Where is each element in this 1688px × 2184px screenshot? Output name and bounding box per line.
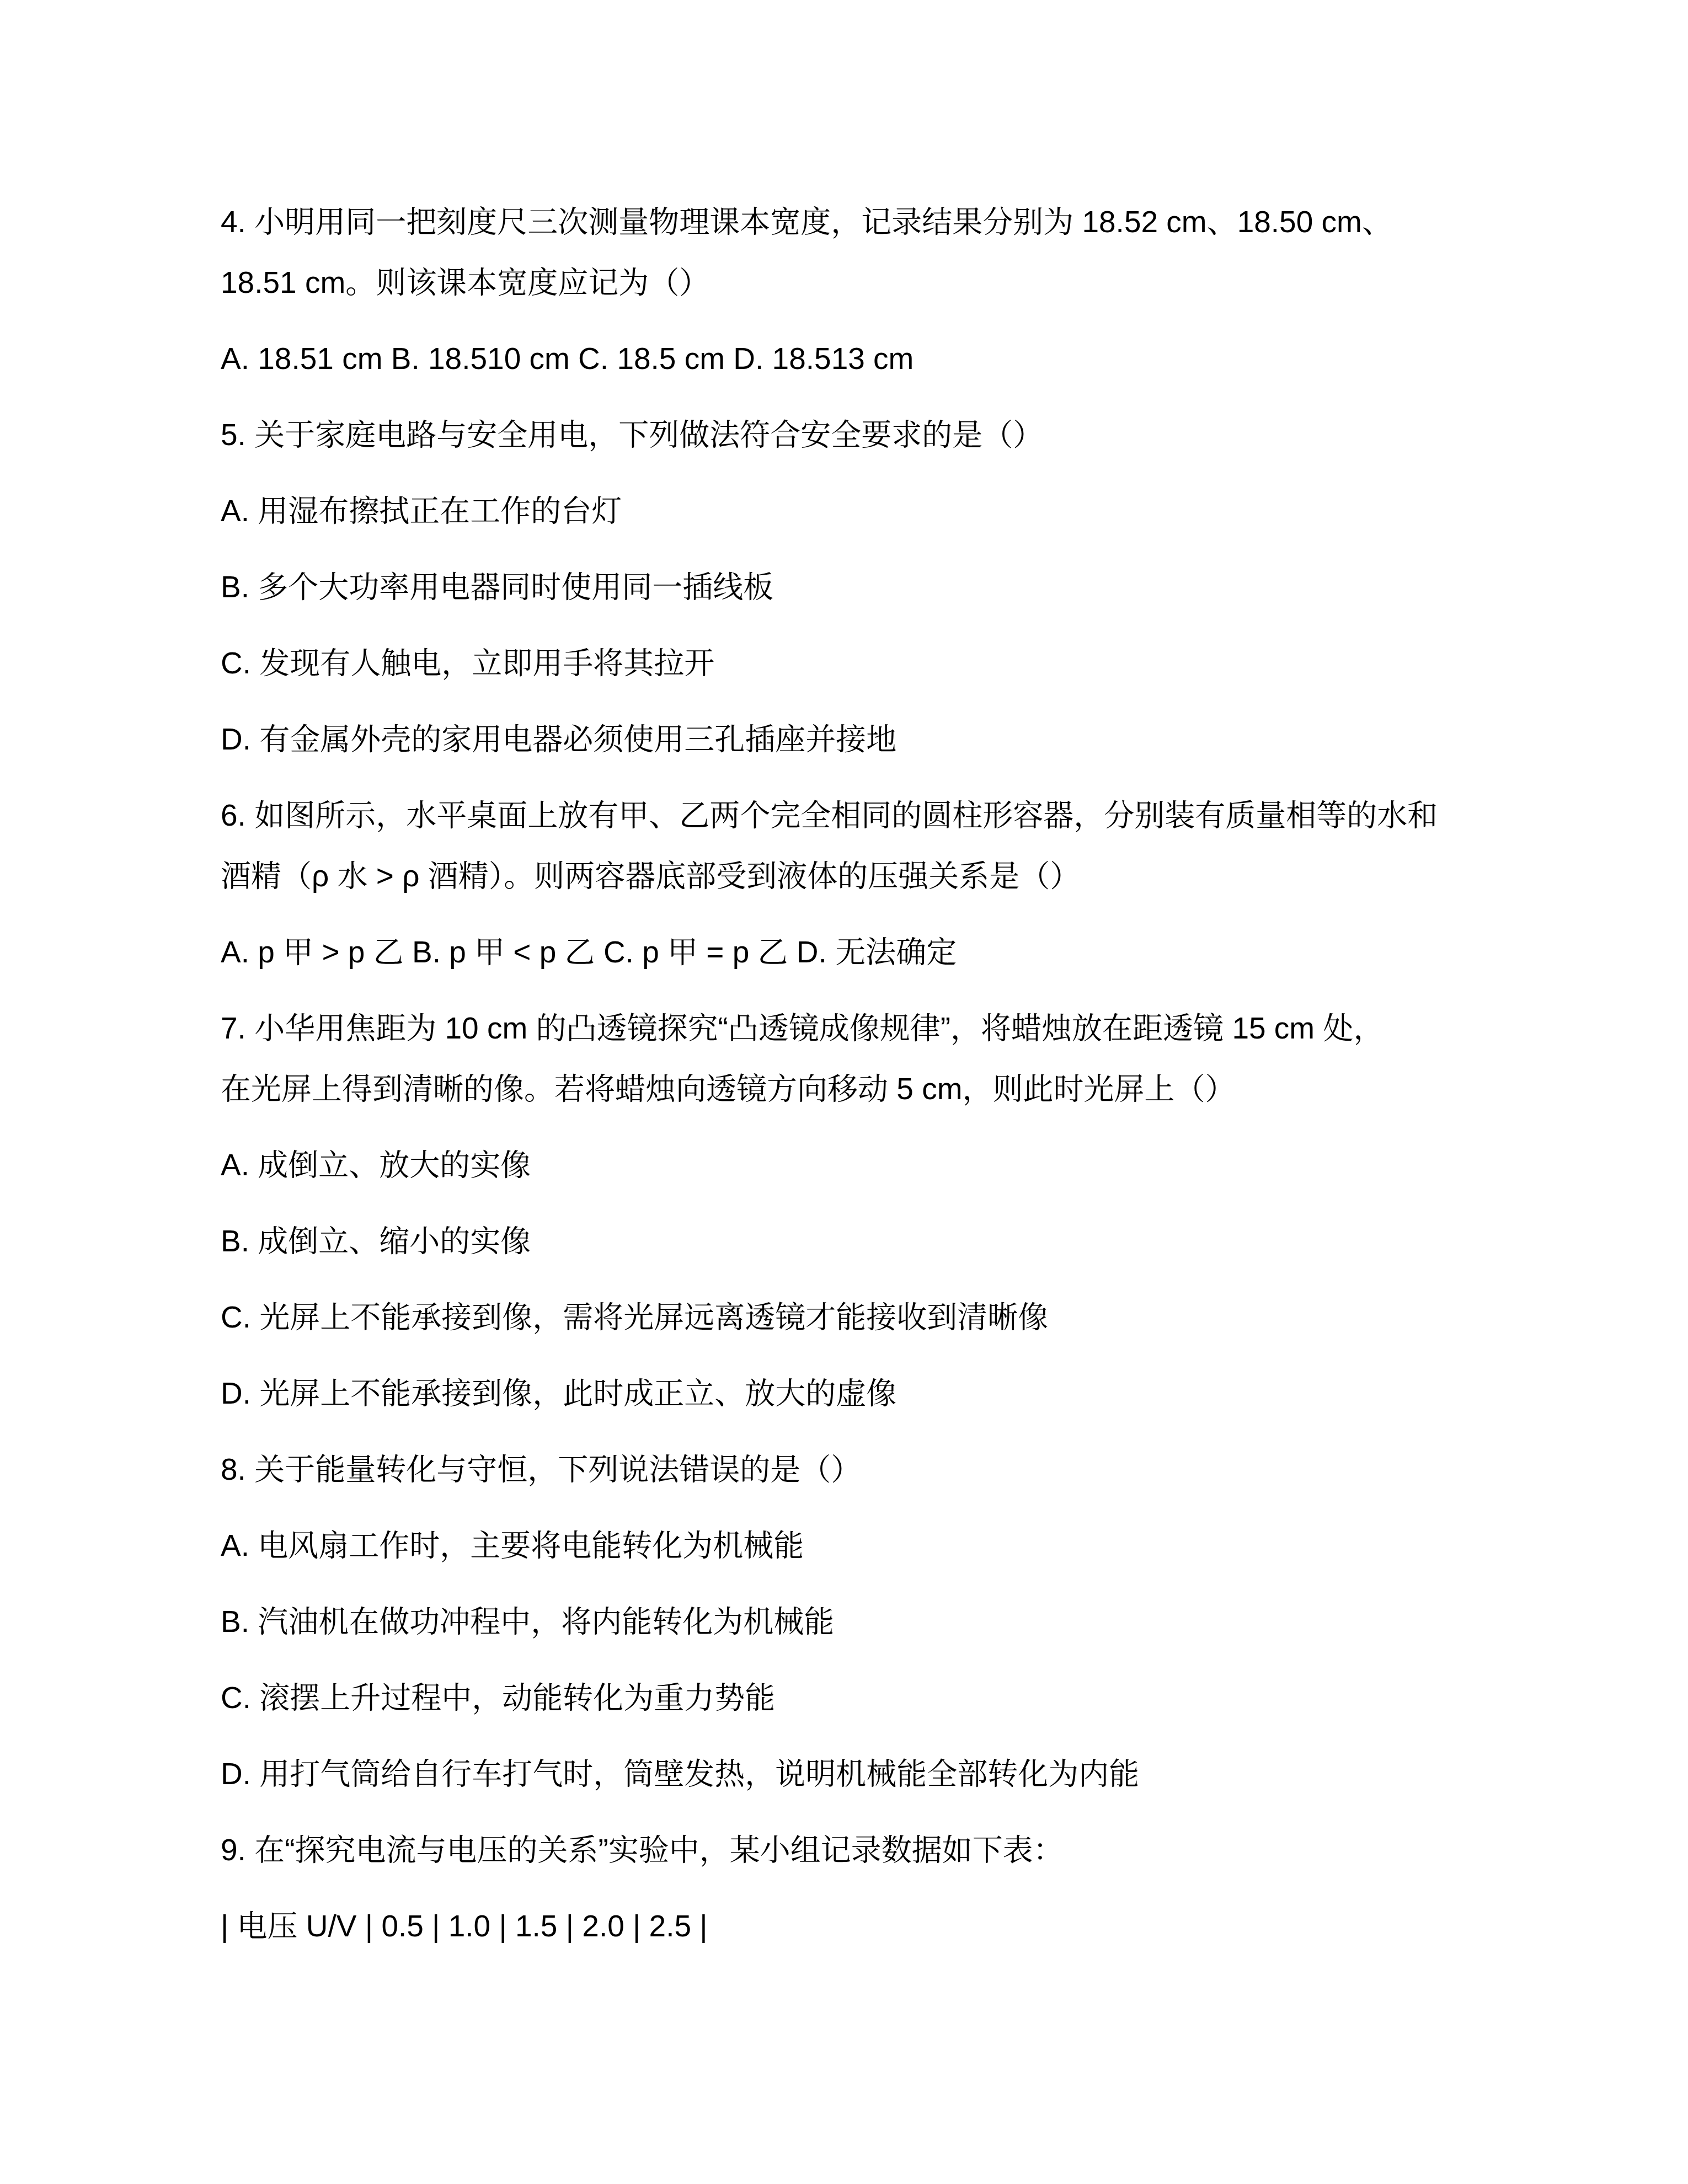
question-8-option-b: B. 汽油机在做功冲程中，将内能转化为机械能 [221,1591,1556,1652]
question-8-option-c: C. 滚摆上升过程中，动能转化为重力势能 [221,1667,1556,1728]
question-6-stem: 6. 如图所示，水平桌面上放有甲、乙两个完全相同的圆柱形容器，分别装有质量相等的… [221,785,1556,906]
question-7-option-c-line: C. 光屏上不能承接到像，需将光屏远离透镜才能接收到清晰像 [221,1287,1556,1347]
question-6-options-line: A. p 甲 > p 乙 B. p 甲 < p 乙 C. p 甲 = p 乙 D… [221,922,1556,982]
question-8-option-d-line: D. 用打气筒给自行车打气时，筒壁发热，说明机械能全部转化为内能 [221,1743,1556,1804]
question-8-option-d: D. 用打气筒给自行车打气时，筒壁发热，说明机械能全部转化为内能 [221,1743,1556,1804]
question-7-option-d: D. 光屏上不能承接到像，此时成正立、放大的虚像 [221,1363,1556,1423]
question-7-option-b-line: B. 成倒立、缩小的实像 [221,1211,1556,1271]
question-7-stem-line-2: 在光屏上得到清晰的像。若将蜡烛向透镜方向移动 5 cm，则此时光屏上（） [221,1058,1556,1119]
question-7-option-a-line: A. 成倒立、放大的实像 [221,1134,1556,1195]
question-8-stem: 8. 关于能量转化与守恒，下列说法错误的是（） [221,1439,1556,1500]
question-4-options: A. 18.51 cm B. 18.510 cm C. 18.5 cm D. 1… [221,328,1556,389]
question-5-option-b: B. 多个大功率用电器同时使用同一插线板 [221,556,1556,617]
question-7-option-a: A. 成倒立、放大的实像 [221,1134,1556,1195]
question-7-option-c: C. 光屏上不能承接到像，需将光屏远离透镜才能接收到清晰像 [221,1287,1556,1347]
question-5-option-d-line: D. 有金属外壳的家用电器必须使用三孔插座并接地 [221,709,1556,769]
question-6-stem-line-2: 酒精（ρ 水 > ρ 酒精）。则两容器底部受到液体的压强关系是（） [221,845,1556,906]
question-6-options: A. p 甲 > p 乙 B. p 甲 < p 乙 C. p 甲 = p 乙 D… [221,922,1556,982]
question-7-option-d-line: D. 光屏上不能承接到像，此时成正立、放大的虚像 [221,1363,1556,1423]
question-4-stem-line-1: 4. 小明用同一把刻度尺三次测量物理课本宽度，记录结果分别为 18.52 cm、… [221,191,1556,252]
question-5-stem-line-1: 5. 关于家庭电路与安全用电，下列做法符合安全要求的是（） [221,404,1556,465]
question-8-option-a: A. 电风扇工作时，主要将电能转化为机械能 [221,1515,1556,1576]
question-6-stem-line-1: 6. 如图所示，水平桌面上放有甲、乙两个完全相同的圆柱形容器，分别装有质量相等的… [221,785,1556,845]
question-4-options-line: A. 18.51 cm B. 18.510 cm C. 18.5 cm D. 1… [221,328,1556,389]
question-5-option-a: A. 用湿布擦拭正在工作的台灯 [221,480,1556,541]
question-8-stem-line-1: 8. 关于能量转化与守恒，下列说法错误的是（） [221,1439,1556,1500]
question-5-option-c: C. 发现有人触电，立即用手将其拉开 [221,633,1556,693]
question-8-option-c-line: C. 滚摆上升过程中，动能转化为重力势能 [221,1667,1556,1728]
question-9-table-row-line: | 电压 U/V | 0.5 | 1.0 | 1.5 | 2.0 | 2.5 | [221,1896,1556,1956]
question-8-option-b-line: B. 汽油机在做功冲程中，将内能转化为机械能 [221,1591,1556,1652]
question-4-stem-line-2: 18.51 cm。则该课本宽度应记为（） [221,252,1556,313]
question-7-stem: 7. 小华用焦距为 10 cm 的凸透镜探究“凸透镜成像规律”，将蜡烛放在距透镜… [221,998,1556,1119]
question-7-option-b: B. 成倒立、缩小的实像 [221,1211,1556,1271]
physics-exam-page: 4. 小明用同一把刻度尺三次测量物理课本宽度，记录结果分别为 18.52 cm、… [221,191,1556,1972]
question-5-option-d: D. 有金属外壳的家用电器必须使用三孔插座并接地 [221,709,1556,769]
question-7-stem-line-1: 7. 小华用焦距为 10 cm 的凸透镜探究“凸透镜成像规律”，将蜡烛放在距透镜… [221,998,1556,1058]
question-9-stem-line-1: 9. 在“探究电流与电压的关系”实验中，某小组记录数据如下表： [221,1819,1556,1880]
question-5-option-c-line: C. 发现有人触电，立即用手将其拉开 [221,633,1556,693]
question-9-table-row: | 电压 U/V | 0.5 | 1.0 | 1.5 | 2.0 | 2.5 | [221,1896,1556,1956]
question-5-option-b-line: B. 多个大功率用电器同时使用同一插线板 [221,556,1556,617]
question-4-stem: 4. 小明用同一把刻度尺三次测量物理课本宽度，记录结果分别为 18.52 cm、… [221,191,1556,313]
question-8-option-a-line: A. 电风扇工作时，主要将电能转化为机械能 [221,1515,1556,1576]
question-9-stem: 9. 在“探究电流与电压的关系”实验中，某小组记录数据如下表： [221,1819,1556,1880]
question-5-option-a-line: A. 用湿布擦拭正在工作的台灯 [221,480,1556,541]
question-5-stem: 5. 关于家庭电路与安全用电，下列做法符合安全要求的是（） [221,404,1556,465]
